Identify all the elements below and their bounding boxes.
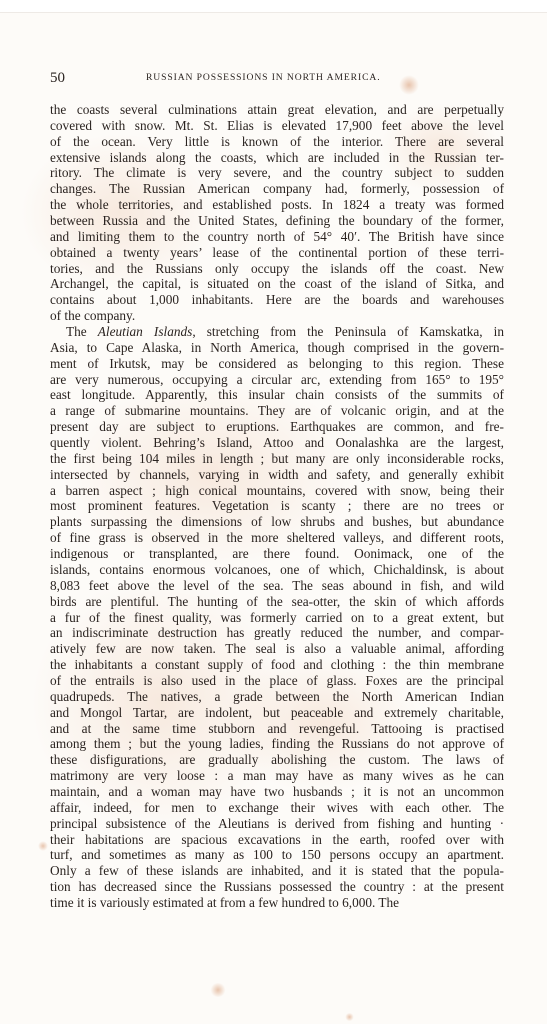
text-line: an indiscriminate destruction has greatl… [50, 625, 504, 641]
text-line: atively few are now taken. The seal is a… [50, 641, 504, 657]
text-line: are very numerous, occupying a circular … [50, 372, 504, 388]
text-line: plants surpassing the dimensions of low … [50, 514, 504, 530]
text-line: and limiting them to the country north o… [50, 229, 504, 245]
foxing-spot [345, 1013, 354, 1021]
text-line: the coasts several culminations attain g… [50, 102, 504, 118]
text-line: east longitude. Apparently, this insular… [50, 387, 504, 403]
text-line: of the entrails is also used in the plac… [50, 673, 504, 689]
text-line: the whole territories, and established p… [50, 197, 504, 213]
text-line: indigenous or transplanted, are there fo… [50, 546, 504, 562]
text-line: and Mongol Tartar, are indolent, but pea… [50, 705, 504, 721]
text-line: of the company. [50, 308, 504, 324]
page-number: 50 [50, 70, 65, 87]
text-line: contains about 1,000 inhabitants. Here a… [50, 292, 504, 308]
text-line: a range of submarine mountains. They are… [50, 403, 504, 419]
text-line: tories, and the Russians only occupy the… [50, 261, 504, 277]
text-line: their habitations are spacious excavatio… [50, 832, 504, 848]
italic-term: Aleutian Islands [98, 324, 193, 339]
text-line: the first being 104 miles in length ; bu… [50, 451, 504, 467]
text-line: maintain, and a woman may have two husba… [50, 784, 504, 800]
text-line: and at the same time stubborn and reveng… [50, 721, 504, 737]
text-line: time it is variously estimated at from a… [50, 895, 504, 911]
text-line: among them ; but the young ladies, findi… [50, 736, 504, 752]
text-line: The Aleutian Islands, stretching from th… [50, 324, 504, 340]
text-line: ment of Irkutsk, may be considered as be… [50, 356, 504, 372]
text-run: , stretching from the Peninsula of Kamsk… [192, 324, 504, 339]
text-line: principal subsistence of the Aleutians i… [50, 816, 504, 832]
text-line: turf, and sometimes as many as 100 to 15… [50, 847, 504, 863]
text-line: a barren aspect ; high conical mountains… [50, 483, 504, 499]
text-line: these disfigurations, are gradually abol… [50, 752, 504, 768]
text-line: most prominent features. Vegetation is s… [50, 498, 504, 514]
page-header: 50 RUSSIAN POSSESSIONS IN NORTH AMERICA. [50, 70, 504, 86]
text-line: islands, contains enormous volcanoes, on… [50, 562, 504, 578]
text-line: Only a few of these islands are inhabite… [50, 863, 504, 879]
text-line: affair, indeed, for men to exchange thei… [50, 800, 504, 816]
text-line: ritory. The climate is very severe, and … [50, 165, 504, 181]
text-line: Archangel, the capital, is situated on t… [50, 276, 504, 292]
text-line: extensive islands along the coasts, whic… [50, 150, 504, 166]
running-head: RUSSIAN POSSESSIONS IN NORTH AMERICA. [146, 72, 381, 83]
text-line: of the ocean. Very little is known of th… [50, 134, 504, 150]
text-line: intersected by channels, varying in widt… [50, 467, 504, 483]
text-line: the inhabitants a constant supply of foo… [50, 657, 504, 673]
foxing-spot [210, 983, 226, 997]
text-line: changes. The Russian American company ha… [50, 181, 504, 197]
foxing-spot [38, 841, 48, 851]
text-line: matrimony are very loose : a man may hav… [50, 768, 504, 784]
text-line: of fine grass is observed in the more sh… [50, 530, 504, 546]
text-line: between Russia and the United States, de… [50, 213, 504, 229]
text-line: obtained a twenty years’ lease of the co… [50, 245, 504, 261]
text-line: 8,083 feet above the level of the sea. T… [50, 578, 504, 594]
text-line: quently violent. Behring’s Island, Attoo… [50, 435, 504, 451]
text-line: present day are subject to eruptions. Ea… [50, 419, 504, 435]
text-line: tion has decreased since the Russians po… [50, 879, 504, 895]
body-text: the coasts several culminations attain g… [50, 102, 504, 911]
text-line: covered with snow. Mt. St. Elias is elev… [50, 118, 504, 134]
text-line: Asia, to Cape Alaska, in North America, … [50, 340, 504, 356]
text-line: quadrupeds. The natives, a grade between… [50, 689, 504, 705]
text-run: The [66, 324, 98, 339]
text-line: a fur of the finest quality, was formerl… [50, 610, 504, 626]
text-line: birds are plentiful. The hunting of the … [50, 594, 504, 610]
